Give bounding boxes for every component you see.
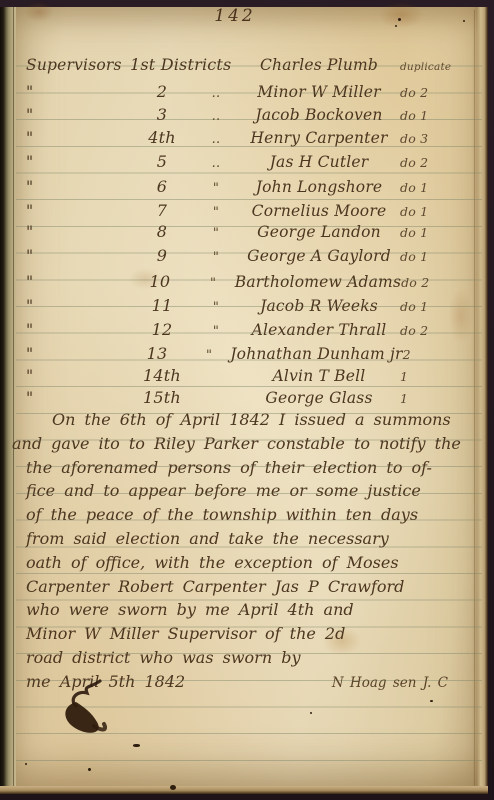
register-row: " 7 " Cornelius Moore do 1 [26, 201, 472, 224]
district-cell: 1st Districts [130, 55, 194, 74]
note-cell: do 2 [401, 275, 472, 290]
ink-speck [25, 763, 27, 765]
register-row: " 4th .. Henry Carpenter do 3 [26, 128, 472, 151]
name-cell: George A Gaylord [238, 247, 400, 265]
role-cell: " [26, 273, 128, 291]
register-row: " 9 " George A Gaylord do 1 [26, 246, 472, 269]
name-cell: Johnathan Dunham jr [230, 345, 402, 363]
entry-line: the aforenamed persons of their election… [26, 456, 474, 480]
name-cell: Jacob R Weeks [238, 297, 400, 315]
district-cell: 15th [130, 388, 194, 407]
ink-blot [42, 676, 118, 750]
district-cell: 14th [130, 366, 194, 385]
ink-speck [430, 700, 433, 702]
district-cell: 12 [130, 320, 194, 339]
role-cell: " [26, 106, 130, 124]
register-row: " 11 " Jacob R Weeks do 1 [26, 296, 472, 319]
role-cell: " [26, 223, 130, 241]
district-cell: 2 [130, 82, 194, 101]
register-row: " 6 " John Longshore do 1 [26, 177, 472, 200]
register-row: " 5 .. Jas H Cutler do 2 [26, 152, 472, 175]
role-cell: " [26, 178, 130, 196]
ditto-cell: " [188, 348, 230, 363]
name-cell: Bartholomew Adams [235, 273, 401, 291]
ink-speck [395, 25, 397, 27]
name-cell: George Landon [238, 223, 400, 241]
name-cell: Jas H Cutler [238, 153, 400, 171]
district-cell: 13 [126, 344, 188, 363]
district-cell: 4th [130, 128, 194, 147]
name-cell: Alexander Thrall [238, 321, 400, 339]
name-cell: Henry Carpenter [238, 129, 400, 147]
ditto-cell: .. [194, 109, 238, 124]
ditto-cell: " [194, 300, 238, 315]
district-cell: 8 [130, 222, 194, 241]
role-cell: " [26, 389, 130, 407]
entry-line: and gave ito to Riley Parker constable t… [12, 432, 474, 456]
page-number: 142 [190, 6, 280, 26]
district-cell: 5 [130, 152, 194, 171]
note-cell: do 1 [400, 225, 472, 240]
entry-line: On the 6th of April 1842 I issued a summ… [26, 408, 474, 432]
register-row: " 2 .. Minor W Miller do 2 [26, 82, 472, 105]
register-row: " 13 " Johnathan Dunham jr 2 [26, 344, 472, 367]
ditto-cell: .. [194, 132, 238, 147]
district-cell: 6 [130, 177, 194, 196]
page-stack-bottom [0, 786, 488, 794]
role-cell: " [26, 153, 130, 171]
note-cell: do 2 [400, 323, 472, 338]
entry-line: from said election and take the necessar… [26, 527, 474, 551]
name-cell: George Glass [238, 389, 400, 407]
name-cell: Jacob Bockoven [238, 106, 400, 124]
note-cell: do 1 [400, 180, 472, 195]
page-edge-crease [474, 10, 475, 786]
ink-speck [398, 18, 401, 21]
register-row: " 8 " George Landon do 1 [26, 222, 472, 245]
district-cell: 11 [130, 296, 194, 315]
role-cell: " [26, 83, 130, 101]
ditto-cell: .. [194, 156, 238, 171]
name-cell: Minor W Miller [238, 83, 400, 101]
register-row: " 10 " Bartholomew Adams do 2 [26, 272, 472, 295]
district-cell: 10 [128, 272, 191, 291]
note-cell: 1 [400, 369, 472, 384]
ditto-cell: " [194, 205, 238, 220]
ditto-cell: " [194, 324, 238, 339]
name-cell: Cornelius Moore [238, 202, 400, 220]
register-row: " 3 .. Jacob Bockoven do 1 [26, 105, 472, 128]
ditto-cell: " [194, 181, 238, 196]
register-row: " 14th Alvin T Bell 1 [26, 366, 472, 389]
ditto-cell: .. [194, 86, 238, 101]
register-row: Supervisors 1st Districts Charles Plumb … [26, 55, 472, 78]
role-cell: " [26, 202, 130, 220]
note-cell: 2 [403, 347, 472, 362]
name-cell: Charles Plumb [238, 56, 400, 74]
entry-line: Minor W Miller Supervisor of the 2d [26, 622, 474, 646]
note-cell: do 1 [400, 108, 472, 123]
role-cell: " [26, 345, 126, 363]
journal-entry: On the 6th of April 1842 I issued a summ… [26, 408, 474, 694]
note-cell: do 1 [400, 299, 472, 314]
ink-speck [463, 20, 465, 22]
role-cell: " [26, 129, 130, 147]
district-cell: 3 [130, 105, 194, 124]
note-cell: do 1 [400, 204, 472, 219]
entry-line: of the peace of the township within ten … [26, 503, 474, 527]
note-cell: 1 [400, 391, 472, 406]
binding-crease [13, 7, 14, 788]
name-cell: John Longshore [238, 178, 400, 196]
role-cell: " [26, 367, 130, 385]
role-cell: " [26, 321, 130, 339]
note-cell: do 2 [400, 155, 472, 170]
district-cell: 7 [130, 201, 194, 220]
entry-line: Carpenter Robert Carpenter Jas P Crawfor… [26, 575, 474, 599]
ditto-cell: " [194, 250, 238, 265]
ink-speck [133, 744, 140, 747]
ink-speck [310, 712, 312, 714]
ledger-photo: 142 Supervisors 1st Districts Charles Pl… [0, 0, 494, 800]
entry-line: who were sworn by me April 4th and [26, 598, 474, 622]
role-cell: " [26, 297, 130, 315]
register-row: " 12 " Alexander Thrall do 2 [26, 320, 472, 343]
ditto-cell: " [194, 226, 238, 241]
ink-speck [170, 785, 176, 790]
role-cell: " [26, 247, 130, 265]
ink-speck [88, 768, 91, 771]
note-cell: duplicate [400, 61, 472, 73]
role-cell: Supervisors [26, 56, 130, 74]
note-cell: do 1 [400, 249, 472, 264]
entry-line: road district who was sworn by [26, 646, 474, 670]
district-cell: 9 [130, 246, 194, 265]
note-cell: do 2 [400, 85, 472, 100]
clerk-signature: N Hoag sen J. C [332, 672, 474, 696]
entry-line: oath of office, with the exception of Mo… [26, 551, 474, 575]
entry-line: fice and to appear before me or some jus… [26, 479, 474, 503]
ditto-cell: " [191, 276, 234, 291]
name-cell: Alvin T Bell [238, 367, 400, 385]
note-cell: do 3 [400, 131, 472, 146]
